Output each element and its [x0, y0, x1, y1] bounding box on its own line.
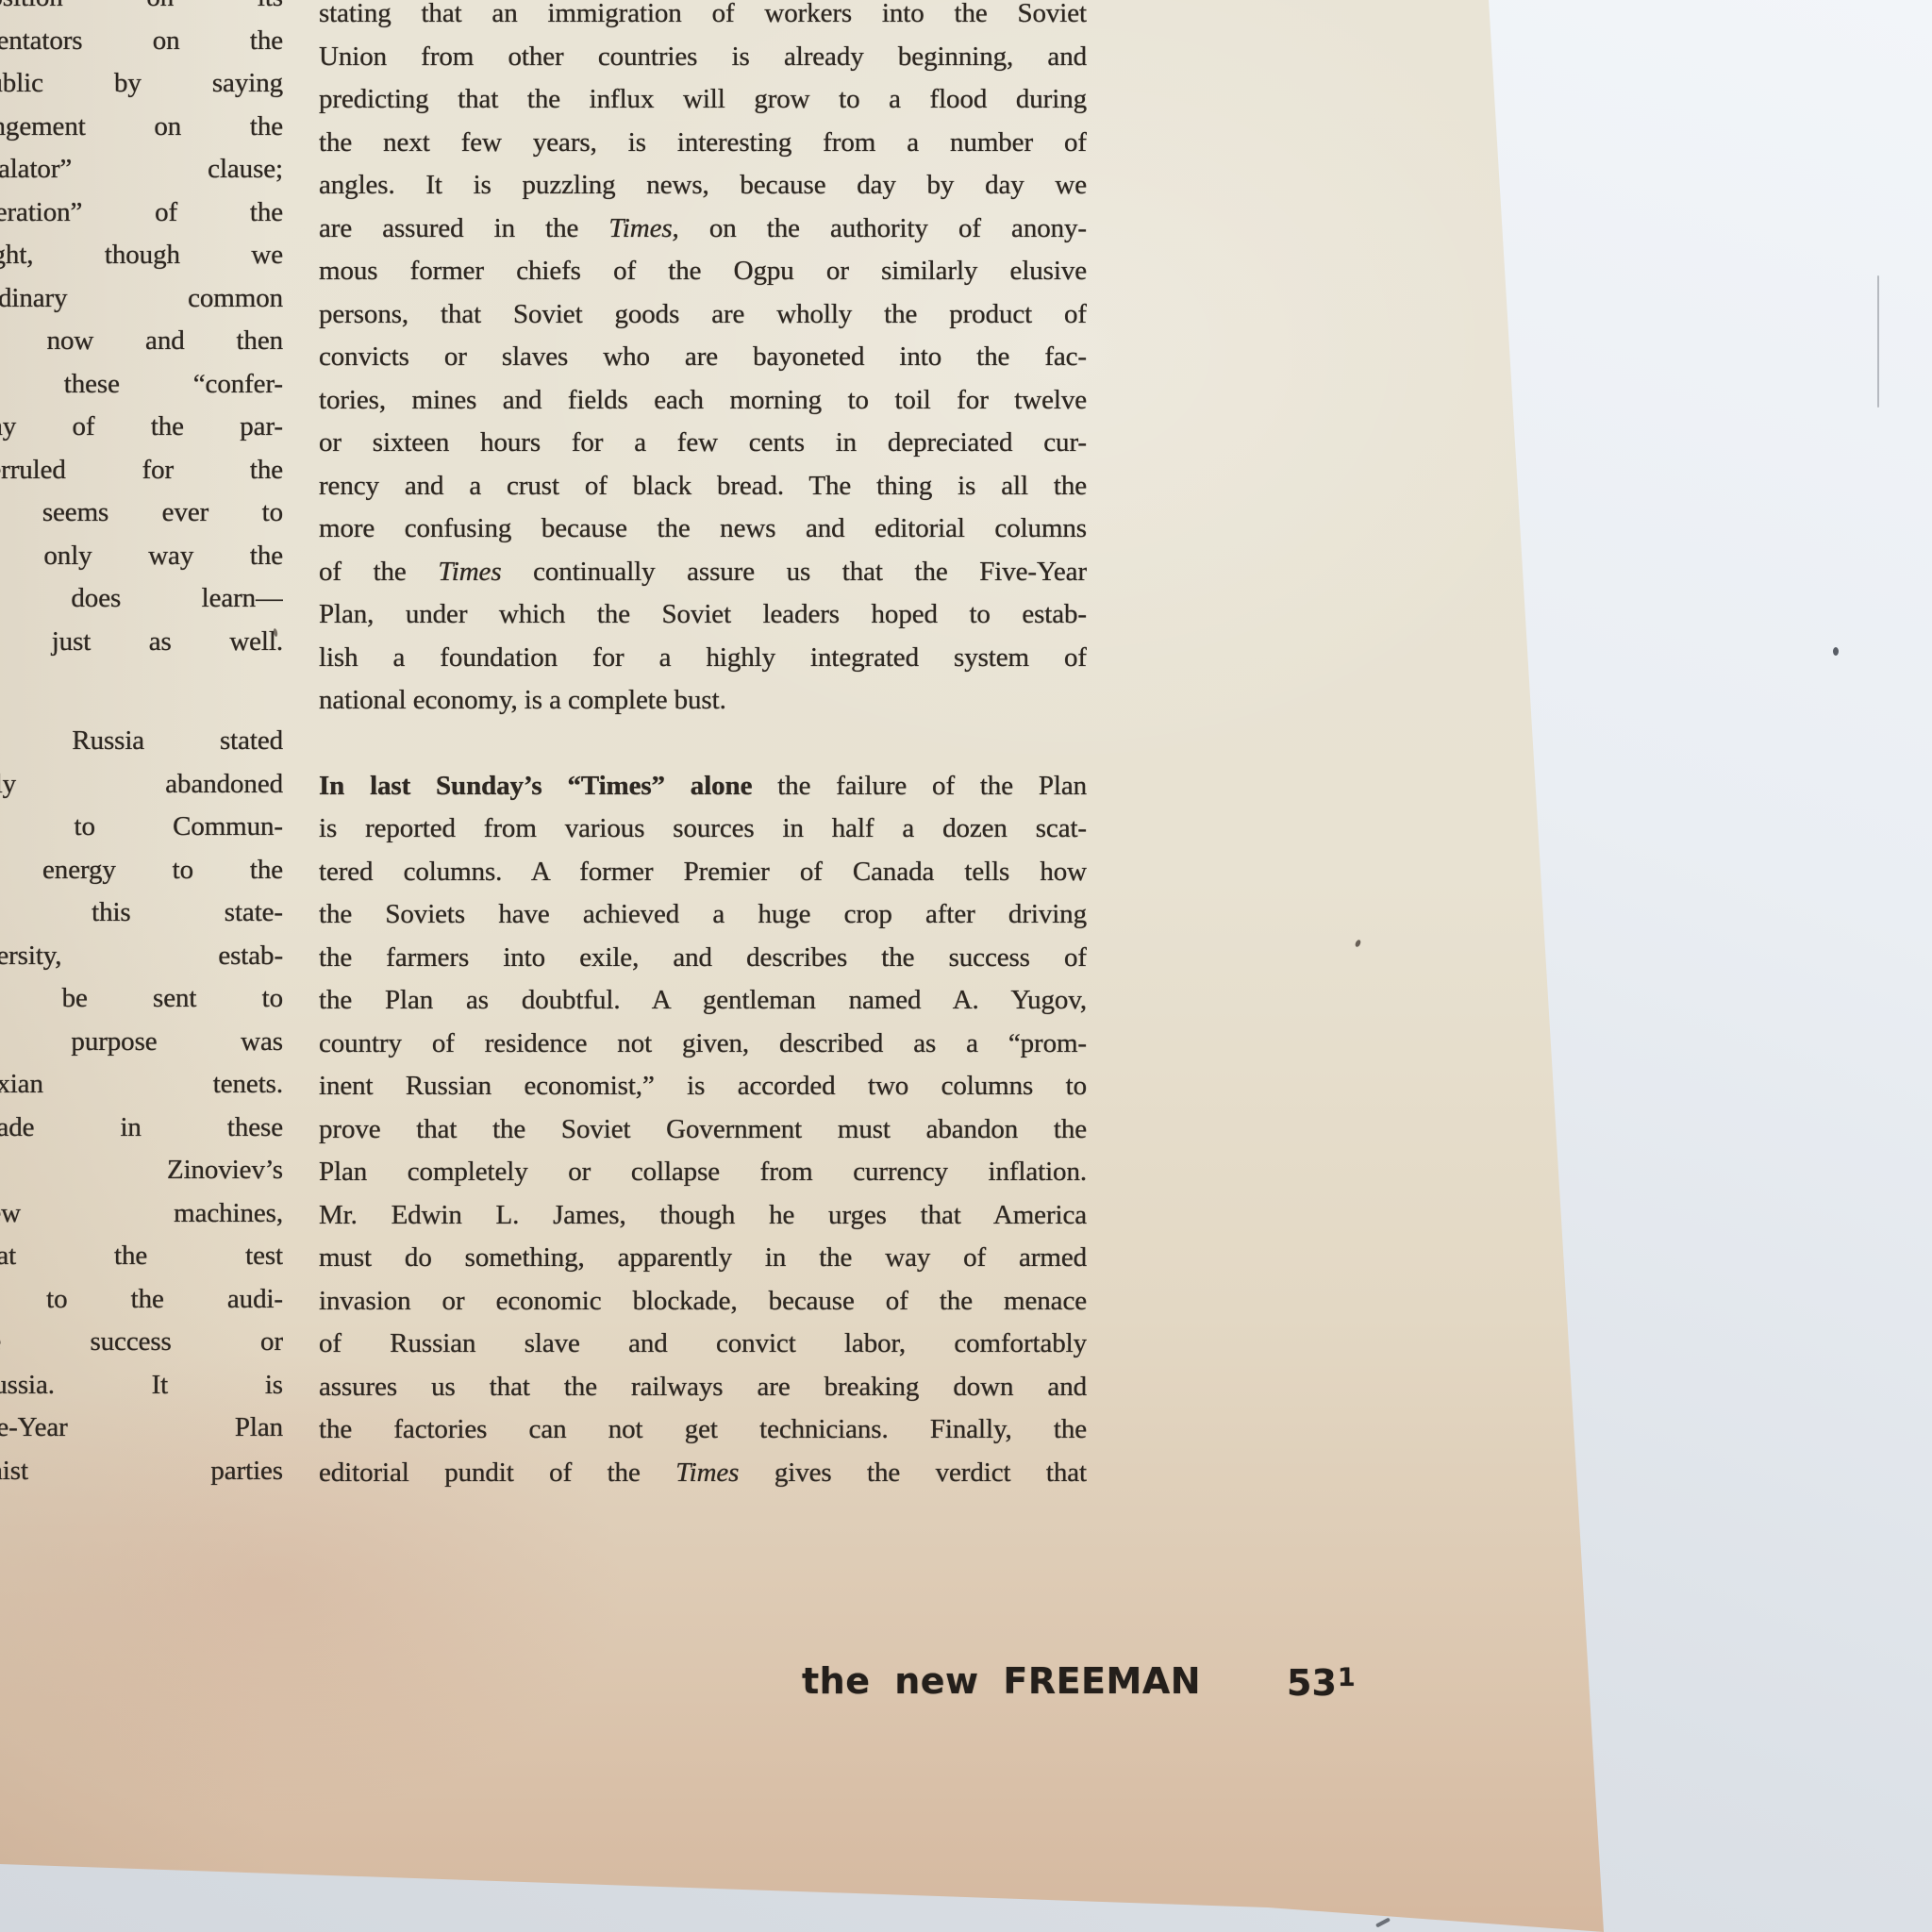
ink-speck	[1355, 939, 1362, 947]
text-line: country of residence not given, describe…	[319, 1023, 1087, 1066]
text-line: ll these “confer-	[0, 363, 283, 407]
text-line: In last Sunday’s “Times” alone the failu…	[319, 765, 1087, 808]
text-line: or sixteen hours for a few cents in depr…	[319, 422, 1087, 465]
text-line: that the test	[0, 1235, 283, 1278]
text-line: verruled for the	[0, 449, 283, 492]
magazine-title: the new FREEMAN	[802, 1660, 1201, 1702]
text-line: tered columns. A former Premier of Canad…	[319, 851, 1087, 894]
text-line: ony of the par-	[0, 406, 283, 449]
text-line: persons, that Soviet goods are wholly th…	[319, 293, 1087, 337]
left-column-paragraph-2: m Russia statedally abandonedld to Commu…	[0, 720, 283, 1492]
text-line: convicts or slaves who are bayoneted int…	[319, 336, 1087, 379]
text-line: at now and then	[0, 320, 283, 363]
text-line: scalator” clause;	[0, 148, 283, 192]
text-line: of Zinoviev’s	[0, 1149, 283, 1192]
surface-scratch	[1877, 275, 1879, 408]
text-line: lish a foundation for a highly integrate…	[319, 637, 1087, 680]
text-line: rency and a crust of black bread. The th…	[319, 465, 1087, 508]
text-line: the factories can not get technicians. F…	[319, 1408, 1087, 1452]
text-line: Plan, under which the Soviet leaders hop…	[319, 593, 1087, 637]
text-line: Mr. Edwin L. James, though he urges that…	[319, 1194, 1087, 1238]
text-line: position on its	[0, 0, 283, 20]
page-number-superscript: 1	[1338, 1663, 1356, 1692]
text-line: the Soviets have achieved a huge crop af…	[319, 893, 1087, 937]
text-line: angles. It is puzzling news, because day…	[319, 164, 1087, 208]
text-line: predicting that the influx will grow to …	[319, 78, 1087, 122]
text-line: mous former chiefs of the Ogpu or simila…	[319, 250, 1087, 293]
text-line: ringement on the	[0, 106, 283, 149]
text-line: e purpose was	[0, 1021, 283, 1064]
text-line: of the Times continually assure us that …	[319, 551, 1087, 594]
right-column: stating that an immigration of workers i…	[319, 0, 1087, 1494]
text-line: editorial pundit of the Times gives the …	[319, 1452, 1087, 1495]
left-column: position on itsmentators on thepublic by…	[0, 0, 283, 1492]
text-line: must do something, apparently in the way…	[319, 1237, 1087, 1280]
text-line: is reported from various sources in half…	[319, 808, 1087, 851]
text-line: Union from other countries is already be…	[319, 36, 1087, 79]
text-line: eleration” of the	[0, 192, 283, 235]
text-line: more confusing because the news and edit…	[319, 508, 1087, 551]
right-column-paragraph-1: stating that an immigration of workers i…	[319, 0, 1087, 723]
text-line: d seems ever to	[0, 491, 283, 535]
text-line: of Russian slave and convict labor, comf…	[319, 1323, 1087, 1366]
text-line: iversity, estab-	[0, 935, 283, 978]
left-column-paragraph-1: position on itsmentators on thepublic by…	[0, 0, 283, 663]
text-line: ld to Commun-	[0, 806, 283, 849]
text-line: e only way the	[0, 535, 283, 578]
text-line: m Russia stated	[0, 720, 283, 763]
text-line: arxian tenets.	[0, 1063, 283, 1107]
text-line: national economy, is a complete bust.	[319, 679, 1087, 723]
text-line: to be sent to	[0, 977, 283, 1021]
text-line: it does learn—	[0, 577, 283, 621]
text-line: ive-Year Plan	[0, 1407, 283, 1450]
text-line: invasion or economic blockade, because o…	[319, 1280, 1087, 1324]
text-line: the Plan as doubtful. A gentleman named …	[319, 979, 1087, 1023]
right-column-paragraph-2: In last Sunday’s “Times” alone the failu…	[319, 765, 1087, 1495]
text-line: of this state-	[0, 891, 283, 935]
text-line: public by saying	[0, 62, 283, 106]
text-line: Russia. It is	[0, 1364, 283, 1407]
text-line: stating that an immigration of workers i…	[319, 0, 1087, 36]
text-line: assures us that the railways are breakin…	[319, 1366, 1087, 1409]
text-line: Plan completely or collapse from currenc…	[319, 1151, 1087, 1194]
page-number: 531	[1287, 1662, 1356, 1704]
text-line: ally abandoned	[0, 763, 283, 807]
text-line: the next few years, is interesting from …	[319, 122, 1087, 165]
text-line: new machines,	[0, 1192, 283, 1236]
photo-of-magazine-page: position on itsmentators on thepublic by…	[0, 0, 1932, 1932]
surface-scratch	[1375, 1917, 1391, 1927]
magazine-page: position on itsmentators on thepublic by…	[0, 0, 1932, 1932]
text-line: inent Russian economist,” is accorded tw…	[319, 1065, 1087, 1108]
text-line: mentators on the	[0, 20, 283, 63]
page-number-main: 53	[1287, 1662, 1337, 1704]
text-line: ordinary common	[0, 277, 283, 321]
text-line: the farmers into exile, and describes th…	[319, 937, 1087, 980]
text-line: he success or	[0, 1321, 283, 1364]
text-line: unist parties	[0, 1450, 283, 1493]
text-line: prove that the Soviet Government must ab…	[319, 1108, 1087, 1152]
text-line: made in these	[0, 1107, 283, 1150]
text-line: tories, mines and fields each morning to…	[319, 379, 1087, 423]
text-line: s energy to the	[0, 849, 283, 892]
dust-speck	[1833, 647, 1839, 656]
text-line: right, though we	[0, 234, 283, 277]
text-line: l to the audi-	[0, 1278, 283, 1322]
text-line: is just as well.	[0, 621, 283, 664]
text-line: are assured in the Times, on the authori…	[319, 208, 1087, 251]
